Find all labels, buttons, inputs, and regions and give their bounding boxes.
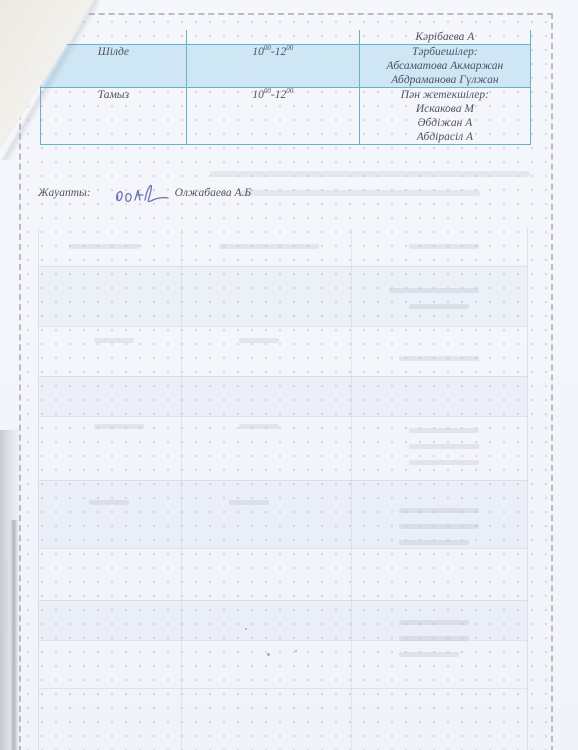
responsible-cell: Тәрбиешілер: Абсаматова Акмаржан Абдрама… xyxy=(359,45,530,88)
signature-name: Олжабаева А.Б xyxy=(175,187,251,199)
responsible-name: Абдірасіл А xyxy=(362,130,528,144)
time-cell: 1000-1200 xyxy=(186,45,359,88)
table-row: Шілде 1000-1200 Тәрбиешілер: Абсаматова … xyxy=(41,45,531,88)
signature-label: Жауапты: xyxy=(38,187,91,199)
responsible-cell: Кәрібаева А xyxy=(359,30,530,45)
table-row: Кәрібаева А xyxy=(41,30,531,45)
time-end: 12 xyxy=(275,46,287,58)
responsible-name: Әбдіжан А xyxy=(362,116,528,130)
time-start: 10 xyxy=(252,89,264,101)
time-cell xyxy=(186,30,359,45)
time-end-minutes: 00 xyxy=(286,87,293,95)
handwritten-signature-icon xyxy=(113,178,169,208)
responsible-name: Кәрібаева А xyxy=(362,30,528,44)
scan-shadow-edge-inner xyxy=(10,520,18,750)
signature-block: Жауапты: Олжабаева А.Б xyxy=(38,178,251,208)
responsible-name: Абдраманова Гүлжан xyxy=(362,73,528,87)
time-start: 10 xyxy=(252,46,264,58)
schedule-table: Кәрібаева А Шілде 1000-1200 Тәрбиешілер:… xyxy=(40,30,531,145)
table-row: Тамыз 1000-1200 Пән жетекшілер: Искакова… xyxy=(41,88,531,145)
responsible-role: Тәрбиешілер: xyxy=(362,45,528,59)
time-end-minutes: 00 xyxy=(286,44,293,52)
responsible-name: Искакова М xyxy=(362,102,528,116)
responsible-cell: Пән жетекшілер: Искакова М Әбдіжан А Абд… xyxy=(359,88,530,145)
time-cell: 1000-1200 xyxy=(186,88,359,145)
time-end: 12 xyxy=(275,89,287,101)
time-start-minutes: 00 xyxy=(264,87,271,95)
scanned-page: Кәрібаева А Шілде 1000-1200 Тәрбиешілер:… xyxy=(0,0,578,750)
fold-shadow xyxy=(0,0,100,160)
responsible-name: Абсаматова Акмаржан xyxy=(362,59,528,73)
time-start-minutes: 00 xyxy=(264,44,271,52)
responsible-role: Пән жетекшілер: xyxy=(362,88,528,102)
